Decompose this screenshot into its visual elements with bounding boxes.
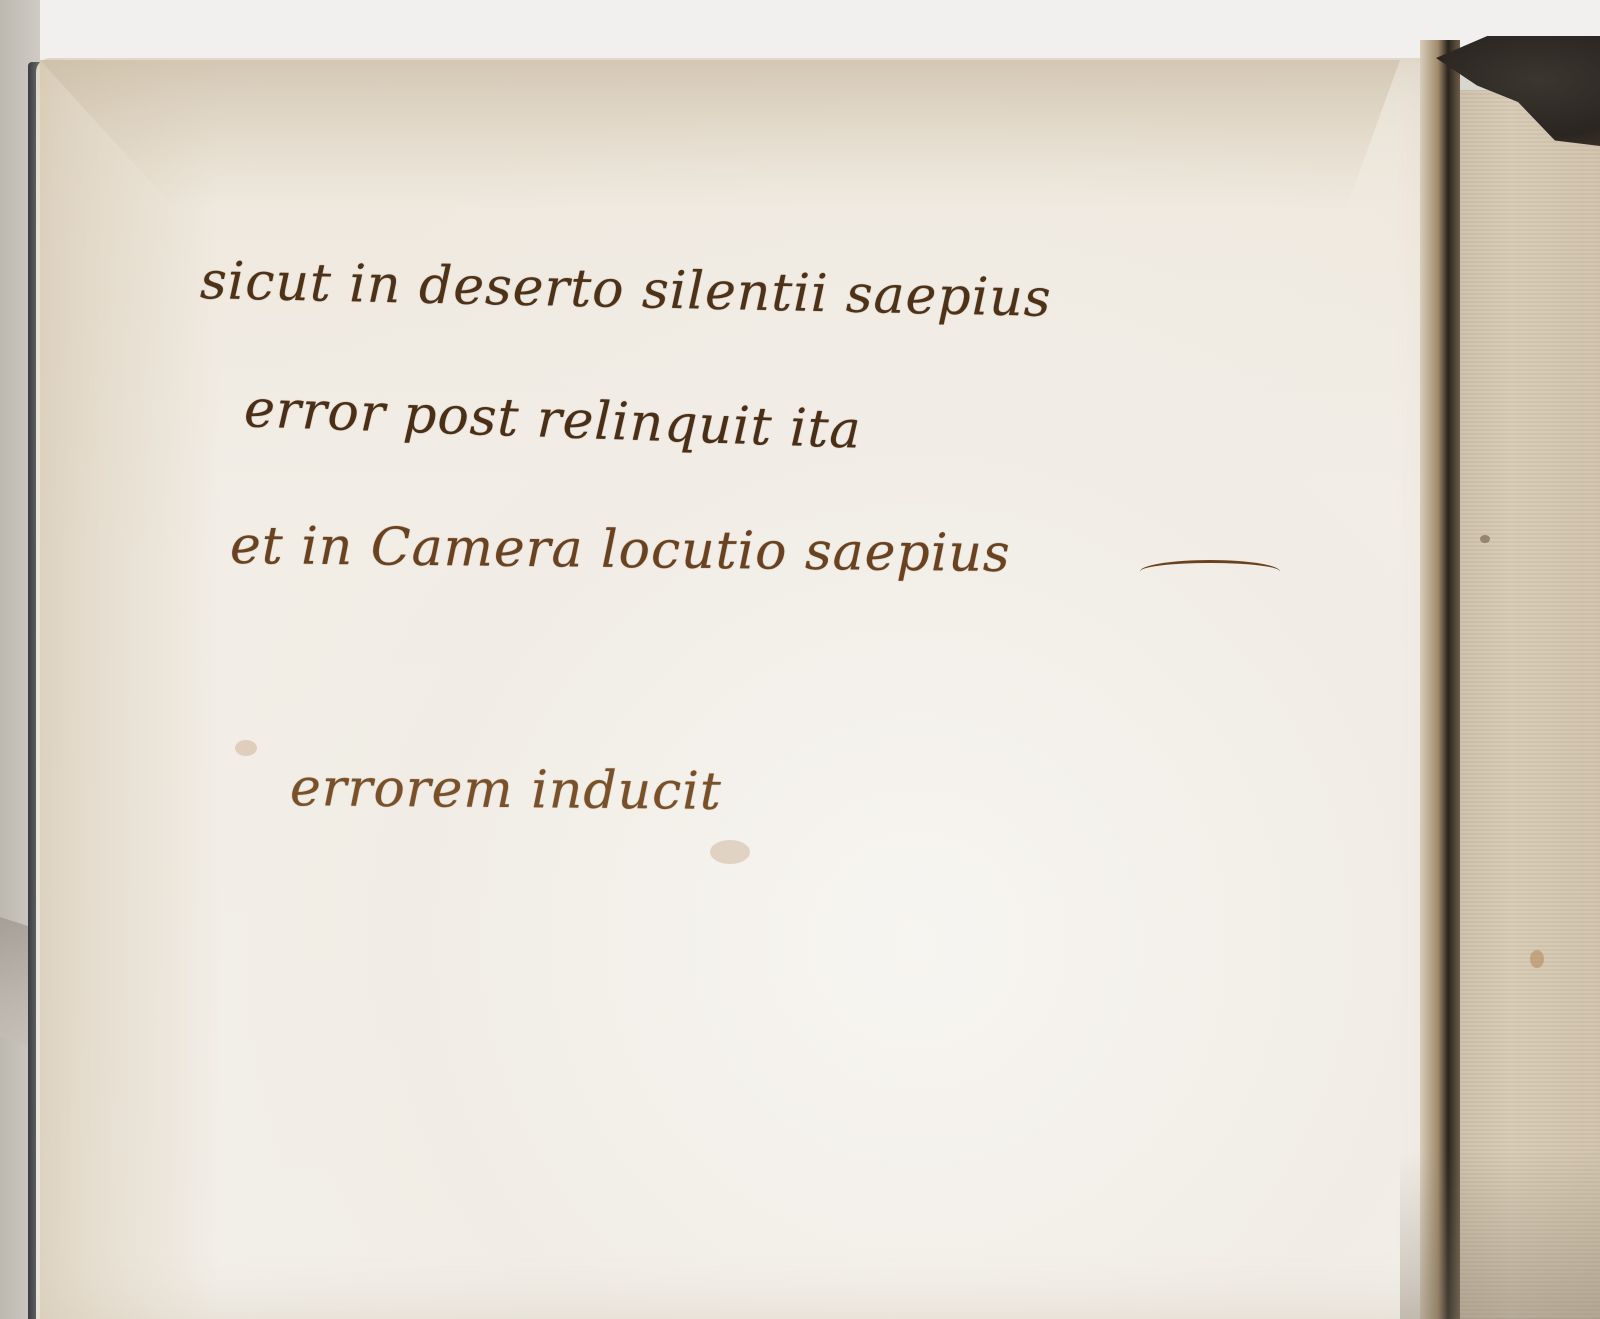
book-gutter	[1420, 40, 1460, 1319]
foxing-spot	[1530, 950, 1544, 968]
inscription-line: et in Camera locutio saepius	[230, 516, 1011, 584]
inscription-line: errorem inducit	[290, 758, 722, 822]
flyleaf-page	[36, 58, 1456, 1319]
foxing-spot	[710, 840, 750, 864]
background-wall	[0, 0, 1600, 60]
foxing-spot	[235, 740, 257, 756]
spine-shadow	[1400, 1150, 1600, 1319]
book-spine-cloth	[1450, 90, 1600, 1319]
pen-flourish	[1140, 560, 1280, 583]
foxing-spot	[1480, 535, 1490, 543]
